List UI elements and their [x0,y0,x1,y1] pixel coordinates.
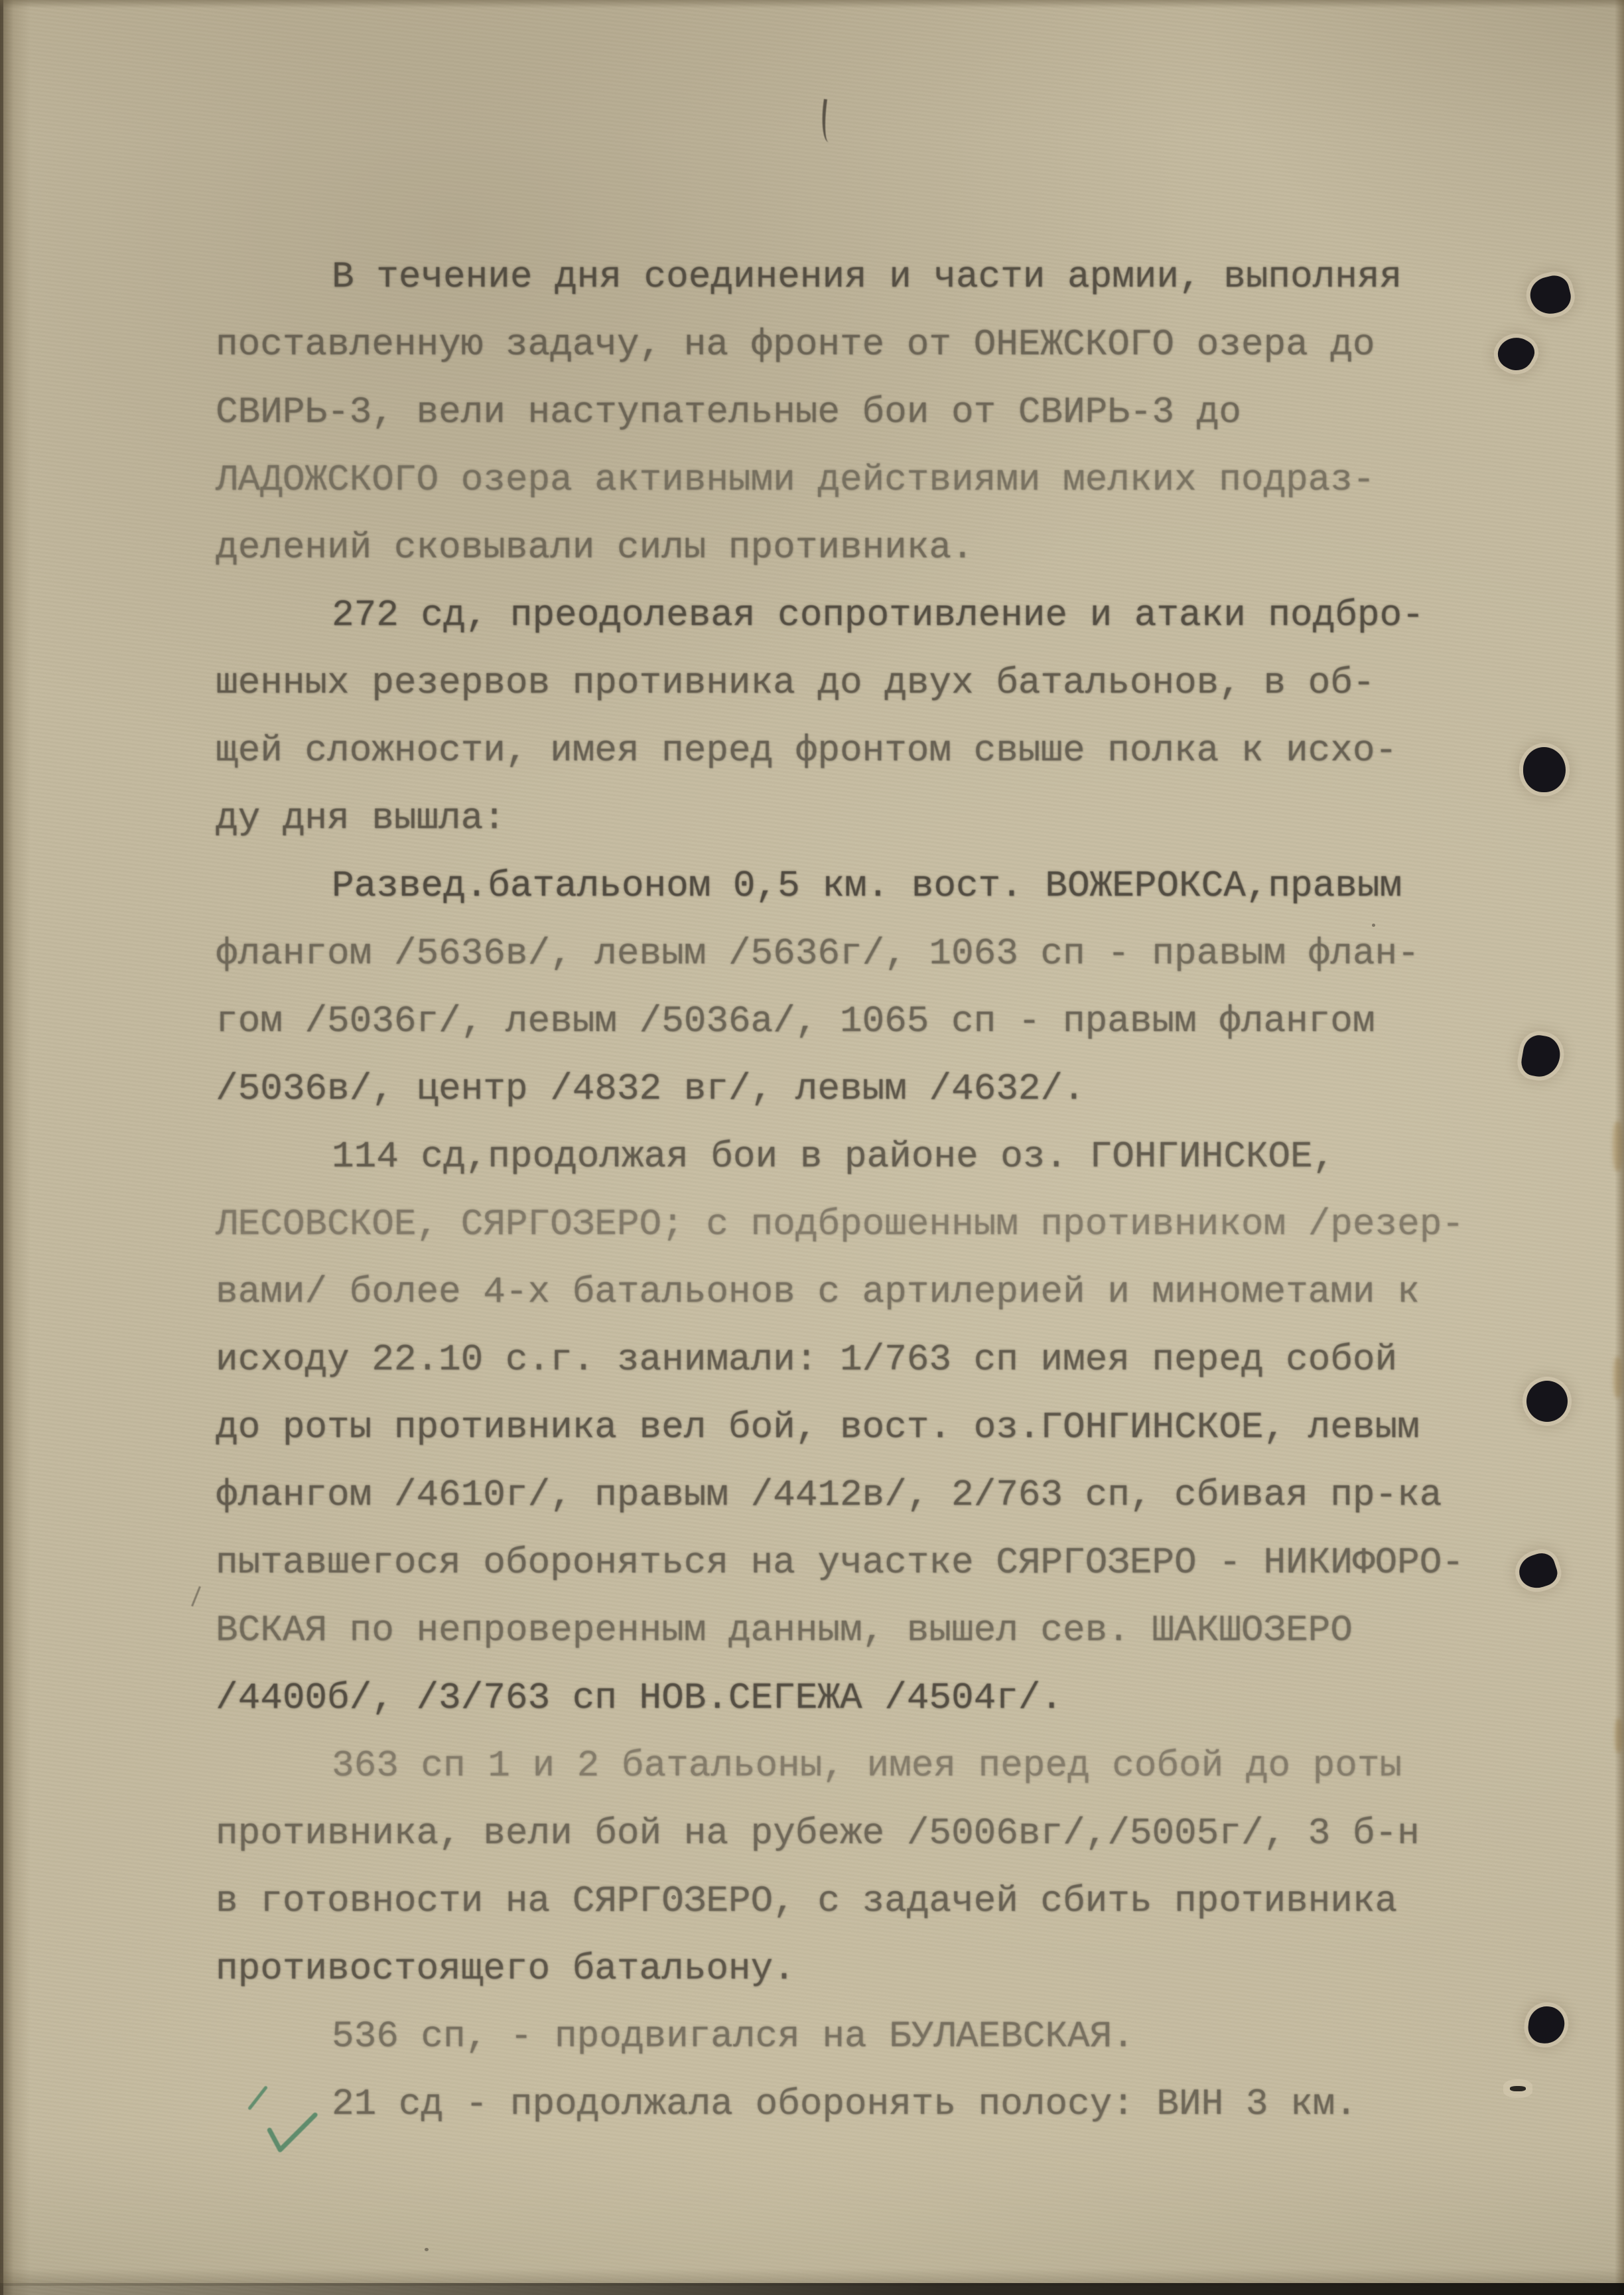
text-line: 114 сд,продолжая бои в районе оз. ГОНГИН… [216,1123,1450,1190]
text-line: 272 сд, преодолевая сопротивление и атак… [216,581,1450,649]
text-line: вами/ более 4-х батальонов с артилерией … [216,1258,1450,1326]
page-edge-left-line [0,0,3,2295]
document-text: В течение дня соединения и части армии, … [216,243,1450,2138]
page-edge-top [0,0,1624,8]
text-line: поставленную задачу, на фронте от ОНЕЖСК… [216,311,1450,378]
text-line: 536 сп, - продвигался на БУЛАЕВСКАЯ. [216,2002,1450,2070]
text-line: гом /5036г/, левым /5036а/, 1065 сп - пр… [216,987,1450,1055]
punch-hole [1526,2004,1566,2045]
punch-hole [1519,1033,1563,1080]
text-line: противника, вели бой на рубеже /5006вг/,… [216,1799,1450,1867]
text-line: шенных резервов противника до двух батал… [216,649,1450,717]
page-edge-bottom [0,2283,1624,2295]
text-line: в готовности на СЯРГОЗЕРО, с задачей сби… [216,1867,1450,1935]
text-line: флангом /4610г/, правым /4412в/, 2/763 с… [216,1461,1450,1529]
text-line: /4400б/, /3/763 сп НОВ.СЕГЕЖА /4504г/. [216,1664,1450,1732]
punch-hole [1526,273,1574,318]
text-line: делений сковывали силы противника. [216,514,1450,581]
ink-dash-mark [1510,2086,1526,2091]
text-line: Развед.батальоном 0,5 км. вост. ВОЖЕРОКС… [216,852,1450,920]
pen-mark [191,1586,201,1607]
punch-hole [1526,1381,1568,1422]
punch-hole [1523,747,1566,792]
paper-speck [1372,924,1375,927]
text-line: 363 сп 1 и 2 батальоны, имея перед собой… [216,1732,1450,1799]
document-page: В течение дня соединения и части армии, … [0,0,1624,2295]
text-line: исходу 22.10 с.г. занимали: 1/763 сп име… [216,1326,1450,1393]
text-line: /5036в/, центр /4832 вг/, левым /4632/. [216,1055,1450,1123]
text-line: до роты противника вел бой, вост. оз.ГОН… [216,1393,1450,1461]
text-line: ЛАДОЖСКОГО озера активными действиями ме… [216,446,1450,514]
text-line: В течение дня соединения и части армии, … [216,243,1450,311]
page-edge-left [0,0,31,2295]
paper-speck [425,2248,429,2251]
text-line: пытавшегося обороняться на участке СЯРГО… [216,1529,1450,1596]
text-line: противостоящего батальону. [216,1935,1450,2002]
text-line: ЛЕСОВСКОЕ, СЯРГОЗЕРО; с подброшенным про… [216,1190,1450,1258]
page-edge-right [1615,0,1624,2295]
text-line: флангом /5636в/, левым /5636г/, 1063 сп … [216,920,1450,987]
text-line: ВСКАЯ по непроверенным данным, вышел сев… [216,1596,1450,1664]
text-line: ду дня вышла: [216,784,1450,852]
text-line: СВИРЬ-3, вели наступательные бои от СВИР… [216,378,1450,446]
punch-hole [1515,1550,1561,1593]
text-line: 21 сд - продолжала оборонять полосу: ВИН… [216,2070,1450,2138]
green-checkmark [261,2105,322,2162]
punch-hole [1493,331,1538,377]
paper-speck [671,1895,676,1900]
pen-mark [819,99,835,143]
text-line: щей сложности, имея перед фронтом свыше … [216,717,1450,784]
